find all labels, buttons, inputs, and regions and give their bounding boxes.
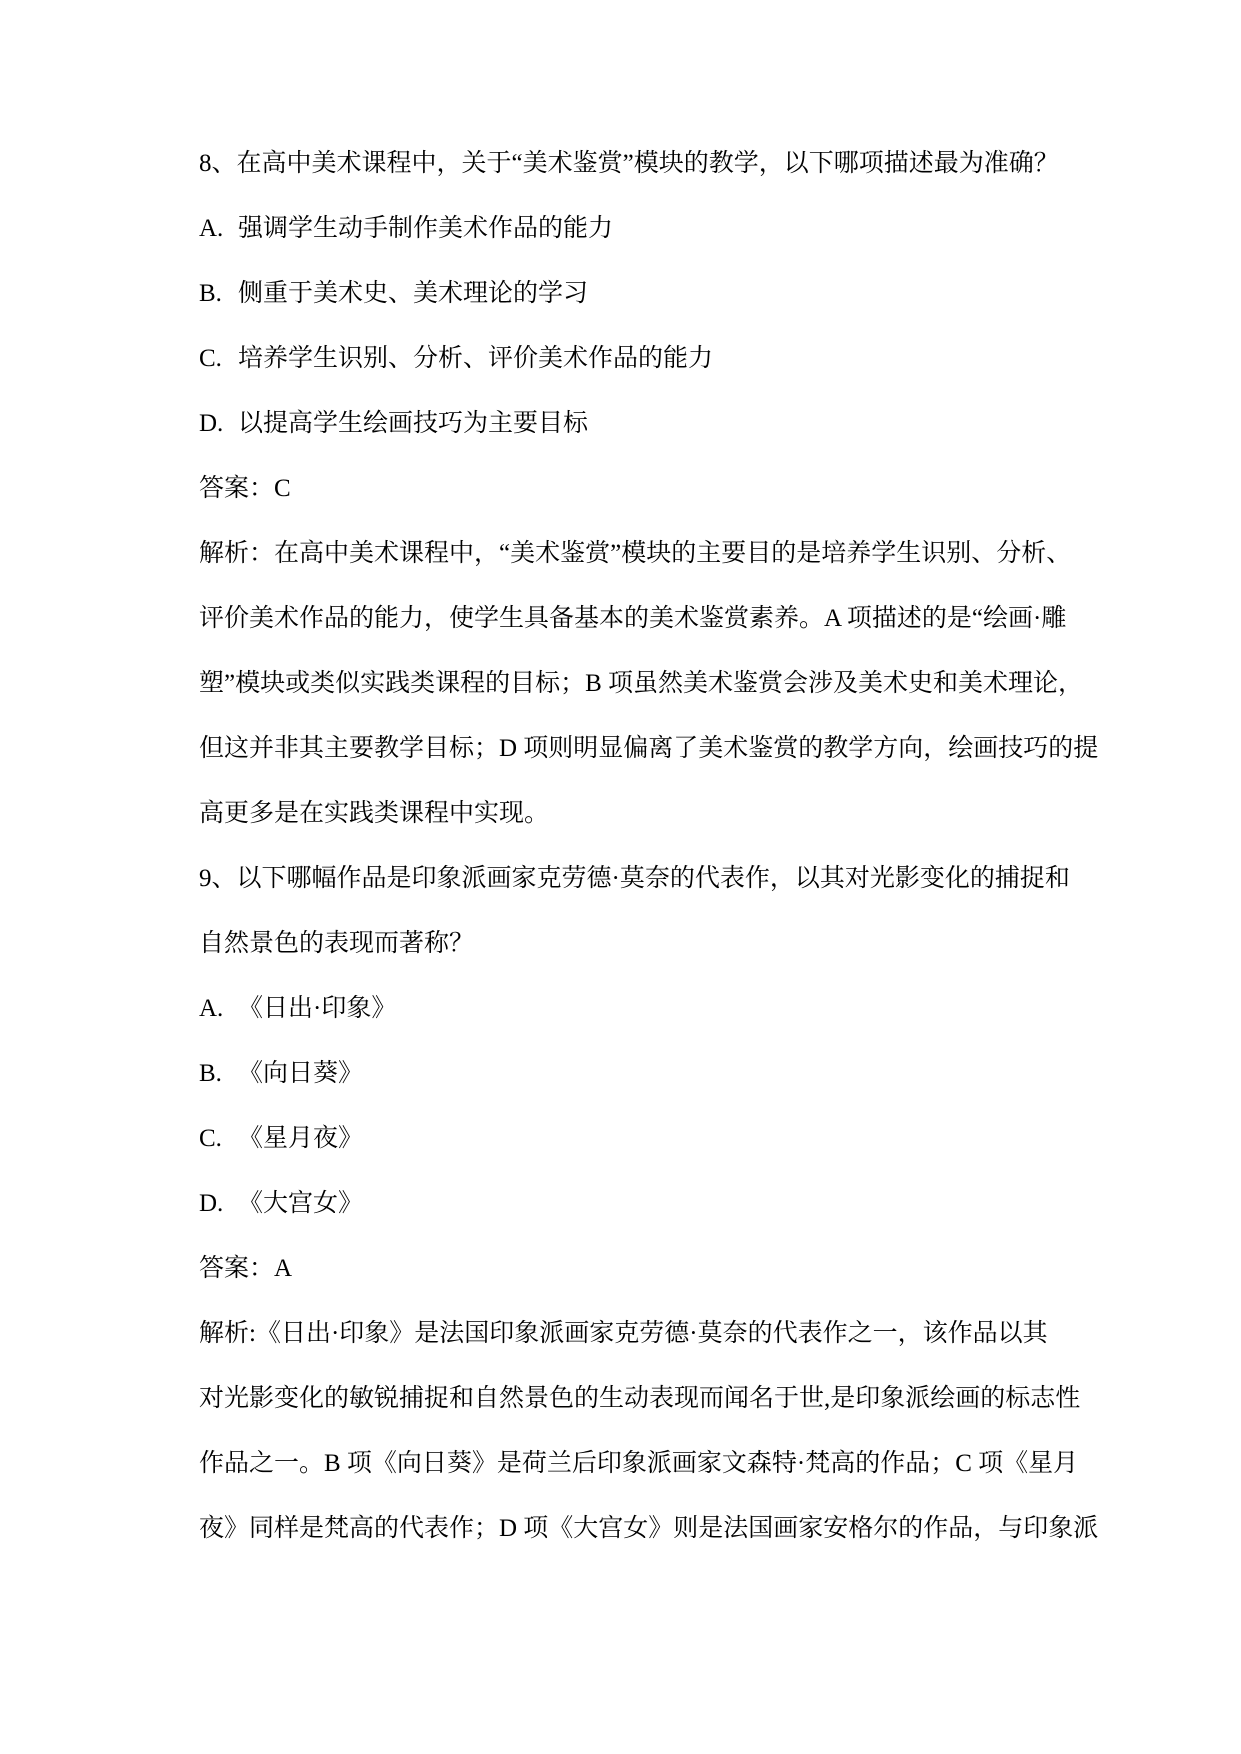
question-8-analysis-line-5: 高更多是在实践类课程中实现。 bbox=[199, 781, 1159, 846]
analysis-text: 但这并非其主要教学目标；D 项则明显偏离了美术鉴赏的教学方向，绘画技巧的提 bbox=[199, 735, 1098, 762]
question-8-analysis-line-3: 塑”模块或类似实践类课程的目标；B 项虽然美术鉴赏会涉及美术史和美术理论， bbox=[199, 651, 1159, 716]
question-9-analysis-line-3: 作品之一。B 项《向日葵》是荷兰后印象派画家文森特·梵高的作品；C 项《星月 bbox=[199, 1431, 1159, 1496]
analysis-text: 解析：在高中美术课程中，“美术鉴赏”模块的主要目的是培养学生识别、分析、 bbox=[199, 540, 1071, 567]
option-d-label: D. bbox=[199, 391, 238, 456]
question-9-stem-line-1: 9、以下哪幅作品是印象派画家克劳德·莫奈的代表作，以其对光影变化的捕捉和 bbox=[199, 846, 1159, 911]
question-8-answer-line: 答案：C bbox=[199, 456, 1159, 521]
option-c-text: 培养学生识别、分析、评价美术作品的能力 bbox=[238, 345, 713, 372]
option-b-label: B. bbox=[199, 261, 238, 326]
question-list: 8、在高中美术课程中，关于“美术鉴赏”模块的教学，以下哪项描述最为准确？ A.强… bbox=[199, 131, 1159, 1561]
question-9-option-b: B.《向日葵》 bbox=[199, 1041, 1159, 1106]
analysis-text: 高更多是在实践类课程中实现。 bbox=[199, 800, 549, 827]
analysis-text: 塑”模块或类似实践类课程的目标；B 项虽然美术鉴赏会涉及美术史和美术理论， bbox=[199, 670, 1083, 697]
question-8-analysis-line-2: 评价美术作品的能力，使学生具备基本的美术鉴赏素养。A 项描述的是“绘画·雕 bbox=[199, 586, 1159, 651]
question-8-answer-text: 答案：C bbox=[199, 475, 291, 502]
question-8-option-c: C.培养学生识别、分析、评价美术作品的能力 bbox=[199, 326, 1159, 391]
option-d-text: 以提高学生绘画技巧为主要目标 bbox=[238, 410, 588, 437]
question-9-option-c: C.《星月夜》 bbox=[199, 1106, 1159, 1171]
question-9-answer-text: 答案：A bbox=[199, 1255, 292, 1282]
question-8-option-b: B.侧重于美术史、美术理论的学习 bbox=[199, 261, 1159, 326]
option-a-label: A. bbox=[199, 976, 238, 1041]
question-9-stem-line-2: 自然景色的表现而著称？ bbox=[199, 911, 1159, 976]
question-9-analysis-line-4: 夜》同样是梵高的代表作；D 项《大宫女》则是法国画家安格尔的作品，与印象派 bbox=[199, 1496, 1159, 1561]
option-b-text: 侧重于美术史、美术理论的学习 bbox=[238, 280, 588, 307]
analysis-text: 对光影变化的敏锐捕捉和自然景色的生动表现而闻名于世,是印象派绘画的标志性 bbox=[199, 1385, 1080, 1412]
question-9-analysis-line-2: 对光影变化的敏锐捕捉和自然景色的生动表现而闻名于世,是印象派绘画的标志性 bbox=[199, 1366, 1159, 1431]
document-page: 8、在高中美术课程中，关于“美术鉴赏”模块的教学，以下哪项描述最为准确？ A.强… bbox=[0, 0, 1241, 1754]
option-b-text: 《向日葵》 bbox=[238, 1060, 363, 1087]
option-d-label: D. bbox=[199, 1171, 238, 1236]
option-b-label: B. bbox=[199, 1041, 238, 1106]
question-9-analysis-line-1: 解析:《日出·印象》是法国印象派画家克劳德·莫奈的代表作之一，该作品以其 bbox=[199, 1301, 1159, 1366]
analysis-text: 评价美术作品的能力，使学生具备基本的美术鉴赏素养。A 项描述的是“绘画·雕 bbox=[199, 605, 1066, 632]
question-9-option-a: A.《日出·印象》 bbox=[199, 976, 1159, 1041]
question-8-option-d: D.以提高学生绘画技巧为主要目标 bbox=[199, 391, 1159, 456]
option-a-label: A. bbox=[199, 196, 238, 261]
option-a-text: 《日出·印象》 bbox=[238, 995, 396, 1022]
question-8-analysis-line-1: 解析：在高中美术课程中，“美术鉴赏”模块的主要目的是培养学生识别、分析、 bbox=[199, 521, 1159, 586]
question-8-stem-text: 8、在高中美术课程中，关于“美术鉴赏”模块的教学，以下哪项描述最为准确？ bbox=[199, 150, 1059, 177]
option-c-label: C. bbox=[199, 1106, 238, 1171]
analysis-text: 夜》同样是梵高的代表作；D 项《大宫女》则是法国画家安格尔的作品，与印象派 bbox=[199, 1515, 1098, 1542]
question-9-answer-line: 答案：A bbox=[199, 1236, 1159, 1301]
question-8-stem-line-1: 8、在高中美术课程中，关于“美术鉴赏”模块的教学，以下哪项描述最为准确？ bbox=[199, 131, 1159, 196]
question-9-stem-text-2: 自然景色的表现而著称？ bbox=[199, 930, 474, 957]
option-d-text: 《大宫女》 bbox=[238, 1190, 363, 1217]
question-8-analysis-line-4: 但这并非其主要教学目标；D 项则明显偏离了美术鉴赏的教学方向，绘画技巧的提 bbox=[199, 716, 1159, 781]
question-9-option-d: D.《大宫女》 bbox=[199, 1171, 1159, 1236]
option-c-text: 《星月夜》 bbox=[238, 1125, 363, 1152]
option-a-text: 强调学生动手制作美术作品的能力 bbox=[238, 215, 613, 242]
option-c-label: C. bbox=[199, 326, 238, 391]
analysis-text: 作品之一。B 项《向日葵》是荷兰后印象派画家文森特·梵高的作品；C 项《星月 bbox=[199, 1450, 1078, 1477]
analysis-text: 解析:《日出·印象》是法国印象派画家克劳德·莫奈的代表作之一，该作品以其 bbox=[199, 1320, 1048, 1347]
question-8-option-a: A.强调学生动手制作美术作品的能力 bbox=[199, 196, 1159, 261]
question-9-stem-text-1: 9、以下哪幅作品是印象派画家克劳德·莫奈的代表作，以其对光影变化的捕捉和 bbox=[199, 865, 1070, 892]
